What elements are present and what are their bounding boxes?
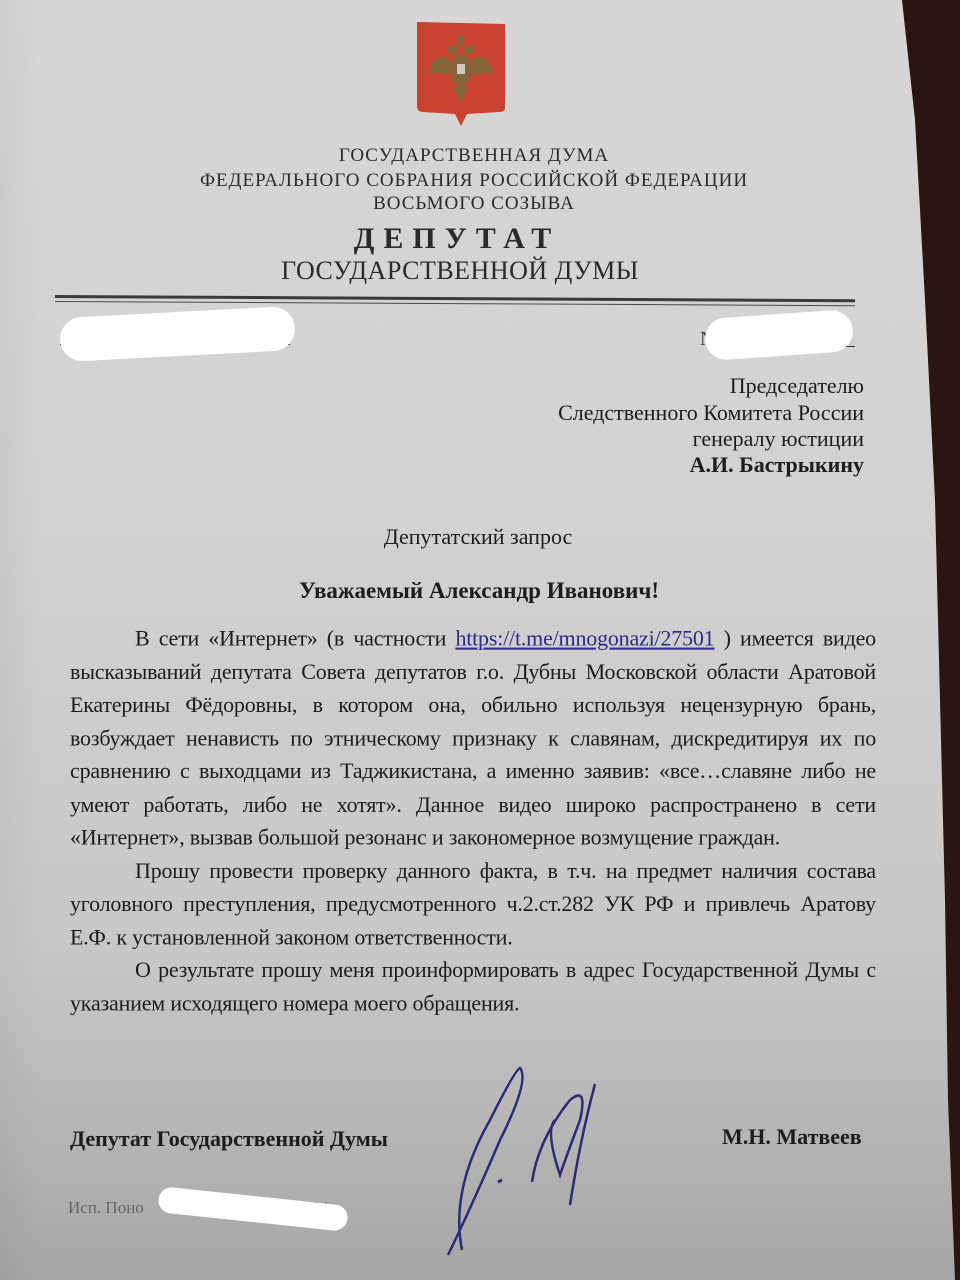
letterhead-line-3: ВОСЬМОГО СОЗЫВА <box>0 193 954 215</box>
letterhead-subtitle: ГОСУДАРСТВЕННОЙ ДУМЫ <box>0 256 940 286</box>
signatory-name: М.Н. Матвеев <box>722 1124 862 1150</box>
salutation: Уважаемый Александр Иванович! <box>0 578 959 604</box>
addressee-name: А.И. Бастрыкину <box>690 451 864 478</box>
paragraph-1: В сети «Интернет» (в частности https://t… <box>70 622 876 854</box>
document-page: ГОСУДАРСТВЕННАЯ ДУМА ФЕДЕРАЛЬНОГО СОБРАН… <box>0 0 960 1280</box>
paragraph-1-start: В сети «Интернет» (в частности <box>135 625 455 651</box>
header-rule-thin <box>55 301 855 306</box>
redaction-executor <box>157 1186 349 1232</box>
paragraph-1-rest: ) имеется видео высказываний депутата Со… <box>70 625 876 849</box>
redaction-date <box>59 306 296 362</box>
coat-of-arms-icon <box>415 20 507 128</box>
addressee-line-1: Председателю <box>730 372 864 399</box>
document-type: Депутатский запрос <box>0 524 958 550</box>
page-shadow <box>0 0 40 1280</box>
addressee-line-3: генералу юстиции <box>693 425 864 452</box>
telegram-link[interactable]: https://t.me/mnogonazi/27501 <box>455 625 714 651</box>
addressee-line-2: Следственного Комитета России <box>558 399 864 426</box>
handwritten-signature-icon <box>420 1060 680 1260</box>
signatory-position: Депутат Государственной Думы <box>70 1126 388 1152</box>
letterhead-line-2: ФЕДЕРАЛЬНОГО СОБРАНИЯ РОССИЙСКОЙ ФЕДЕРАЦ… <box>0 170 954 192</box>
letter-body: В сети «Интернет» (в частности https://t… <box>70 622 876 1020</box>
letterhead-title: ДЕПУТАТ <box>0 222 937 256</box>
redaction-number <box>704 309 855 361</box>
letterhead-line-1: ГОСУДАРСТВЕННАЯ ДУМА <box>0 145 954 167</box>
paragraph-3: О результате прошу меня проинформировать… <box>70 954 876 1020</box>
paragraph-2: Прошу провести проверку данного факта, в… <box>70 854 876 953</box>
executor-prefix: Исп. Поно <box>68 1198 144 1217</box>
